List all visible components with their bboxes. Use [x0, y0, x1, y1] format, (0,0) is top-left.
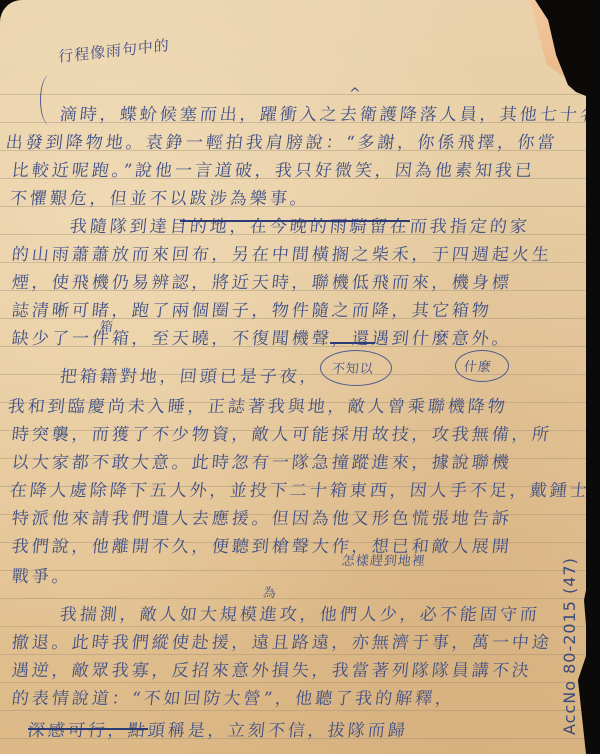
line-1: 滴時，蝶蚧候塞而出，躍衝入之去衛護降落人員，其他七十名	[59, 100, 600, 125]
line-11: 我和到臨慶尚未入睡，正誌著我與地，敵人曾乘聯機降物	[7, 392, 510, 417]
margin-bracket	[40, 75, 59, 125]
line-6: 的山雨蕭蕭放而來回布，另在中間橫搁之柴禾，于四週起火生	[11, 240, 554, 265]
circled-note-2-text: 什麼	[463, 356, 493, 375]
interlinear-note-1: 箱	[99, 316, 115, 335]
line-3: 比較近呢跑。”說他一言道破，我只好微笑，因為他素知我已	[11, 156, 537, 181]
strikethrough-line-22	[28, 728, 148, 730]
line-10: 把箱籍對地，回頭已是子夜，	[59, 362, 322, 387]
insertion-caret: ^	[349, 86, 361, 102]
line-2: 出發到降物地。袁錚一輕拍我肩膀說：“多謝，你係飛擇，你當	[5, 128, 559, 153]
manuscript-page: 行程像雨句中的 滴時，蝶蚧候塞而出，躍衝入之去衛護降落人員，其他七十名 出發到降…	[0, 0, 586, 754]
torn-corner	[515, 0, 585, 92]
line-18: 我揣測，敵人如大規模進攻，他們人少，必不能固守而	[59, 600, 542, 625]
line-5: 我隨隊到達目的地，在今晚的雨騎留在而我指定的家	[69, 212, 532, 237]
line-12: 時突襲，而獲了不少物資，敵人可能採用故技，攻我無備，所	[11, 420, 554, 445]
line-4: 不懼艱危，但並不以跋涉為樂事。	[9, 184, 312, 209]
strikethrough-line-9	[330, 342, 375, 344]
line-20: 遇逆，敵眾我寡，反招來意外損失，我當著列隊隊員講不決	[11, 656, 534, 681]
line-17: 戰爭。	[11, 562, 74, 587]
line-13: 以大家都不敢大意。此時忽有一隊急撞蹤進來，據說聯機	[11, 448, 514, 473]
circled-note-1-text: 不知以	[331, 358, 375, 377]
interlinear-note-3: 怎樣趕到地裡	[341, 550, 427, 569]
line-7: 煙，使飛機仍易辨認，將近天時，聯機低飛而來，機身標	[11, 268, 514, 293]
line-8: 誌清晰可睹，跑了兩個圈子，物件隨之而降，其它箱物	[11, 296, 494, 321]
top-margin-note: 行程像雨句中的	[58, 34, 169, 67]
line-15: 特派他來請我們遣人去應援。但因為他又形色慌張地告訴	[11, 504, 514, 529]
line-16: 我們說，他離開不久，便聽到槍聲大作，想已和敵人展開	[11, 532, 514, 557]
line-14: 在降人處除降下五人外，並投下二十箱東西，因人手不足，戴鍾士	[9, 476, 592, 501]
strikethrough-line-5	[180, 220, 410, 222]
accession-number: AccNo 80-2015 (47)	[560, 557, 579, 735]
interlinear-note-2: 為	[262, 582, 278, 601]
line-21: 的表情說道：“不如回防大營”，他聽了我的解釋，	[11, 684, 457, 709]
line-9: 缺少了一件箱，至天曉，不復聞機聲，還遇到什麼意外。	[11, 324, 514, 349]
line-19: 撤退。此時我們縱使赴援，遠且路遠，亦無濟于事，萬一中途	[11, 628, 554, 653]
